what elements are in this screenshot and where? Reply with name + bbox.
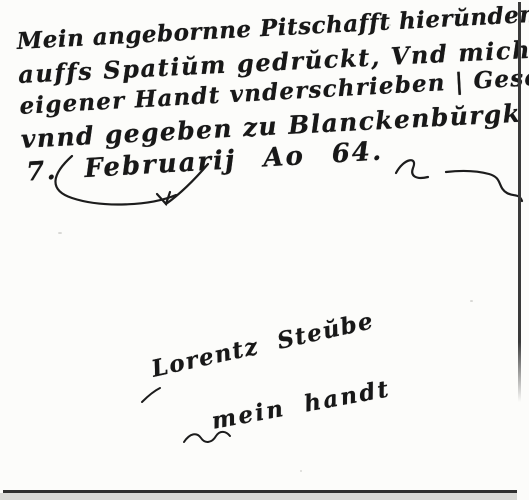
flourish-signature-wave <box>184 432 230 442</box>
flourish-check-stroke <box>166 164 208 204</box>
manuscript-scan: Mein angebornne Pitschafft hierŭnden auf… <box>0 0 529 500</box>
scan-edge-bottom-shadow <box>0 493 517 500</box>
scan-edge-right <box>518 2 521 402</box>
flourish-signature-leadin <box>142 388 160 402</box>
flourish-right-curl <box>396 160 428 178</box>
flourish-right-wave <box>446 171 522 201</box>
flourish-left-swash <box>55 156 176 204</box>
scan-edge-bottom <box>3 490 517 493</box>
